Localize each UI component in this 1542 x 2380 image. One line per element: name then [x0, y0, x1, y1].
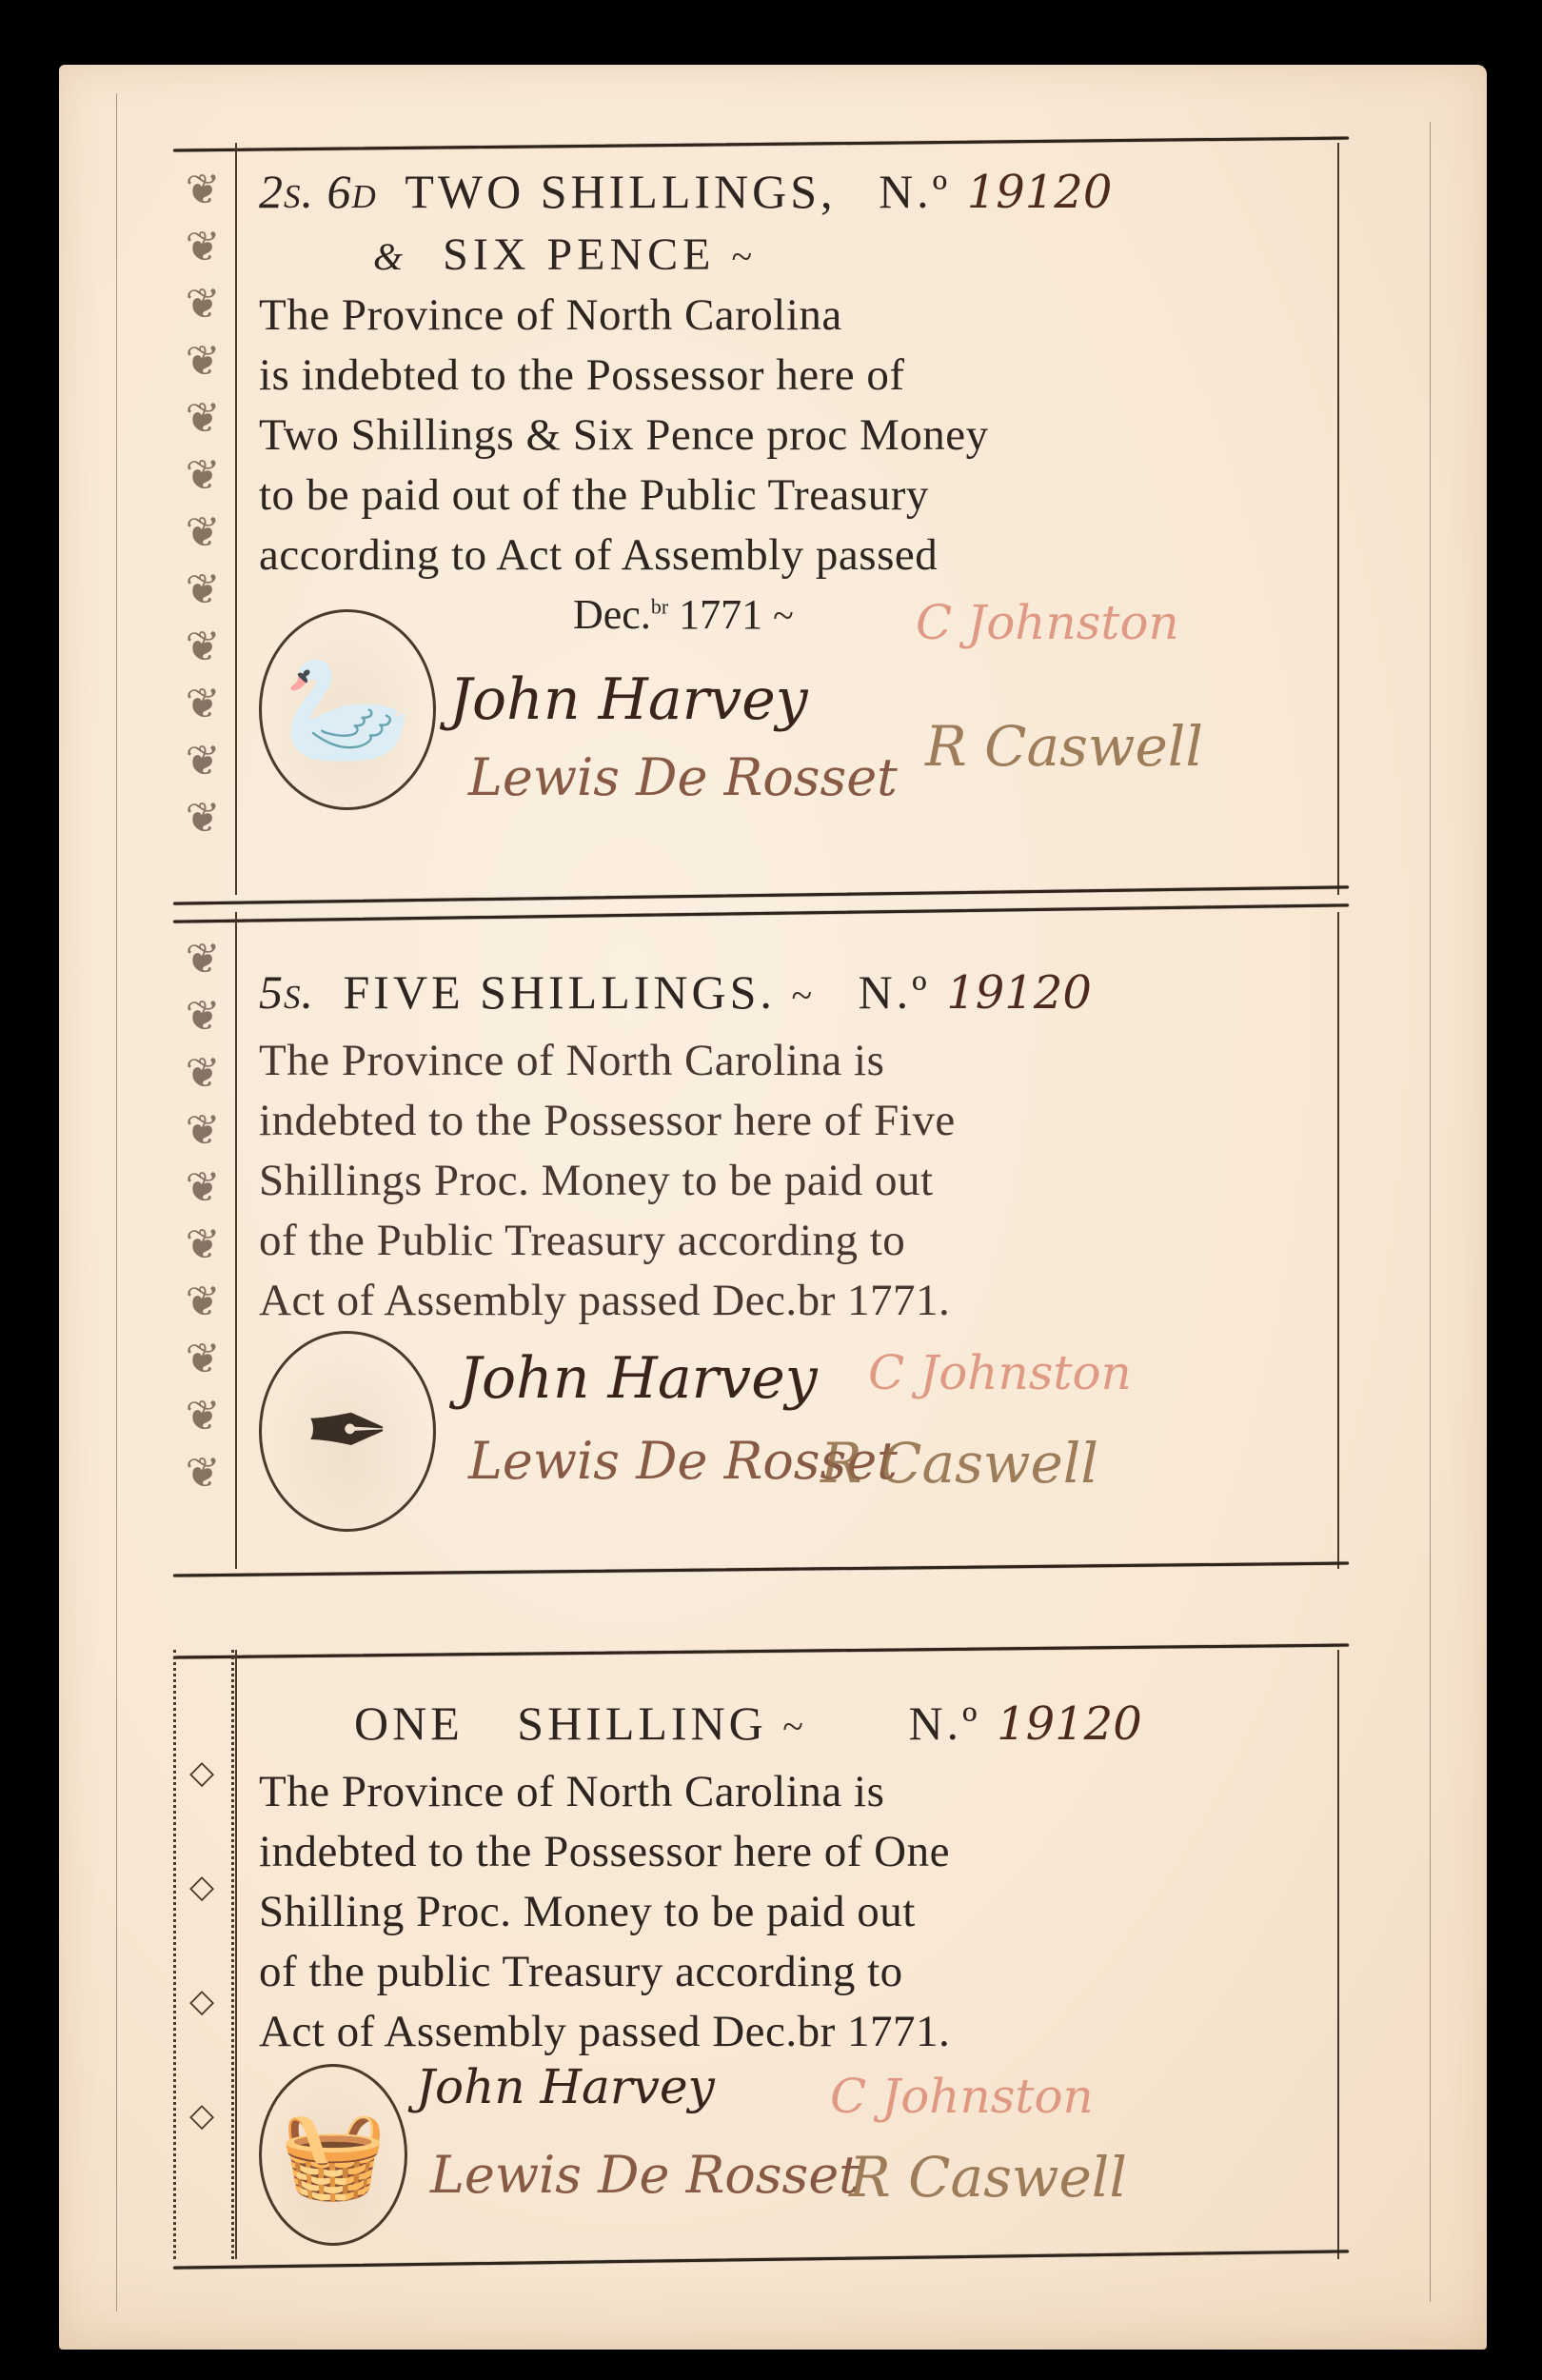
signature-caswell: R Caswell — [849, 2145, 1127, 2210]
serial-number: 19120 — [997, 1697, 1142, 1751]
body-line: indebted to the Possessor here of Five — [259, 1091, 1320, 1151]
body-line: is indebted to the Possessor here of — [259, 346, 1320, 406]
body-line: to be paid out of the Public Treasury — [259, 466, 1320, 526]
body-line: The Province of North Carolina — [259, 286, 1320, 346]
signature-harvey: John Harvey — [416, 2059, 715, 2114]
fruit-basket-vignette-icon: 🧺 — [259, 2064, 407, 2246]
note-header: ONE SHILLING ~ N.º 19120 — [354, 1696, 1320, 1751]
signature-harvey: John Harvey — [449, 666, 808, 733]
note-content: 5s. FIVE SHILLINGS. ~ N.º 19120 The Prov… — [259, 912, 1320, 1569]
note-five-shillings: ❦❦❦❦❦❦❦❦❦❦ 5s. FIVE SHILLINGS. ~ N.º 191… — [173, 912, 1339, 1569]
diamond-ornament: ◇ — [189, 1983, 212, 2021]
body-line: according to Act of Assembly passed — [259, 526, 1320, 585]
date-year: 1771 — [679, 591, 762, 638]
date-superscript: br — [651, 594, 668, 618]
body-line: Two Shillings & Six Pence proc Money — [259, 406, 1320, 466]
chain-border-ornament: ◇ ◇ ◇ ◇ — [173, 1650, 234, 2259]
scroll-border-ornament: ❦❦❦❦❦❦❦❦❦❦❦❦ — [178, 162, 227, 876]
diamond-ornament: ◇ — [189, 2097, 212, 2135]
signature-de-rosset: Lewis De Rosset — [430, 2145, 860, 2205]
note-body-text: The Province of North Carolina is indebt… — [259, 286, 1320, 585]
body-line: Shilling Proc. Money to be paid out — [259, 1882, 1320, 1942]
body-line: The Province of North Carolina is — [259, 1762, 1320, 1822]
swan-vignette-icon: 🦢 — [259, 609, 436, 810]
swan-icon: 🦢 — [283, 648, 413, 771]
body-line: Shillings Proc. Money to be paid out — [259, 1151, 1320, 1211]
note-subheader: & SIX PENCE ~ — [373, 228, 757, 281]
note-content: ONE SHILLING ~ N.º 19120 The Province of… — [259, 1650, 1320, 2259]
diamond-ornament: ◇ — [189, 1755, 212, 1793]
signature-johnston: C Johnston — [916, 595, 1179, 650]
note-body-text: The Province of North Carolina is indebt… — [259, 1762, 1320, 2062]
issue-date: Dec.br 1771 ~ — [573, 590, 794, 639]
body-line: Act of Assembly passed Dec.br 1771. — [259, 2002, 1320, 2062]
serial-label: N.º — [859, 965, 931, 1019]
serial-number: 19120 — [946, 966, 1092, 1020]
signature-caswell: R Caswell — [925, 714, 1203, 779]
denomination-short: 2s. 6d — [259, 165, 377, 218]
note-content: 2s. 6d TWO SHILLINGS, N.º 19120 & SIX PE… — [259, 143, 1320, 895]
denomination-title: FIVE SHILLINGS. — [344, 965, 776, 1019]
denomination-subtitle: SIX PENCE — [443, 229, 715, 280]
basket-icon: 🧺 — [280, 2105, 386, 2205]
currency-sheet: ❦❦❦❦❦❦❦❦❦❦❦❦ 2s. 6d TWO SHILLINGS, N.º 1… — [59, 65, 1487, 2350]
scroll-border-ornament: ❦❦❦❦❦❦❦❦❦❦ — [178, 931, 227, 1550]
serial-label: N.º — [879, 165, 951, 218]
plate-rule-right — [1430, 122, 1431, 2302]
denomination-short: 5s. — [259, 965, 314, 1019]
note-one-shilling: ◇ ◇ ◇ ◇ ONE SHILLING ~ N.º 19120 The Pro… — [173, 1650, 1339, 2259]
note-body-text: The Province of North Carolina is indebt… — [259, 1031, 1320, 1331]
signature-harvey: John Harvey — [459, 1345, 818, 1412]
denomination-title-one: ONE — [354, 1696, 464, 1750]
body-line: Act of Assembly passed Dec.br 1771. — [259, 1271, 1320, 1331]
serial-label: N.º — [908, 1696, 980, 1750]
plate-rule-left — [116, 93, 117, 2311]
denomination-title-shilling: SHILLING — [517, 1696, 767, 1750]
denomination-title: TWO SHILLINGS, — [405, 165, 836, 218]
body-line: of the public Treasury according to — [259, 1942, 1320, 2002]
diamond-ornament: ◇ — [189, 1869, 212, 1907]
note-header: 2s. 6d TWO SHILLINGS, N.º 19120 — [259, 164, 1320, 219]
signature-johnston: C Johnston — [830, 2069, 1094, 2124]
body-line: of the Public Treasury according to — [259, 1211, 1320, 1271]
body-line: The Province of North Carolina is — [259, 1031, 1320, 1091]
flourish-ornament: ~ — [731, 235, 757, 278]
quill-inkwell-vignette-icon: ✒ — [259, 1331, 436, 1532]
signature-caswell: R Caswell — [820, 1431, 1098, 1496]
body-line: indebted to the Possessor here of One — [259, 1822, 1320, 1882]
flourish-ornament: ~ — [773, 594, 794, 637]
flourish-ornament: ~ — [791, 974, 816, 1017]
flourish-ornament: ~ — [782, 1705, 807, 1748]
note-two-shillings-six-pence: ❦❦❦❦❦❦❦❦❦❦❦❦ 2s. 6d TWO SHILLINGS, N.º 1… — [173, 143, 1339, 895]
signature-de-rosset: Lewis De Rosset — [468, 747, 898, 807]
date-month: Dec. — [573, 591, 651, 638]
serial-number: 19120 — [967, 166, 1113, 219]
ampersand: & — [373, 235, 407, 278]
note-header: 5s. FIVE SHILLINGS. ~ N.º 19120 — [259, 964, 1320, 1020]
quill-icon: ✒ — [304, 1370, 391, 1493]
signature-johnston: C Johnston — [868, 1345, 1132, 1400]
